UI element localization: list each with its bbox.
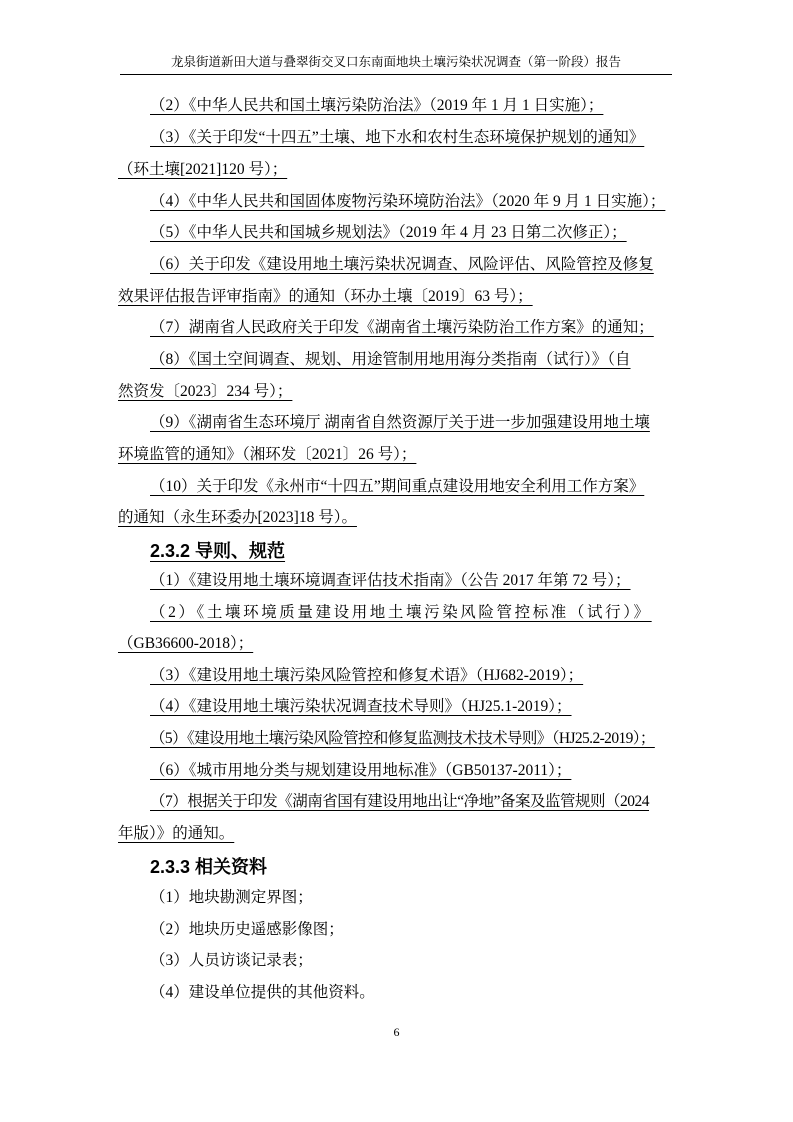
- page-number: 6: [0, 1025, 793, 1040]
- law-item-8: （8）《国土空间调查、规划、用途管制用地用海分类指南（试行）》（自: [150, 350, 631, 370]
- law-item-5: （5）《中华人民共和国城乡规划法》（2019 年 4 月 23 日第二次修正）；: [150, 223, 627, 243]
- law-item-8-cont: 然资发〔2023〕234 号）；: [118, 382, 292, 402]
- guideline-item-7-cont: 年版）》的通知。: [118, 824, 234, 844]
- guideline-item-2-cont: （GB36600-2018）；: [118, 634, 253, 654]
- guideline-item-1: （1）《建设用地土壤环境调查评估技术指南》（公告 2017 年第 72 号）；: [150, 571, 631, 591]
- law-item-7: （7）湖南省人民政府关于印发《湖南省土壤污染防治工作方案》的通知；: [150, 318, 654, 338]
- law-item-3-cont: （环土壤[2021]120 号）；: [118, 160, 287, 180]
- law-item-6-cont: 效果评估报告评审指南》的通知（环办土壤〔2019〕63 号）；: [118, 287, 533, 307]
- running-header: 龙泉街道新田大道与叠翠街交叉口东南面地块土壤污染状况调查（第一阶段）报告: [120, 52, 672, 75]
- law-item-3: （3）《关于印发“十四五”土壤、地下水和农村生态环境保护规划的通知》: [150, 128, 644, 148]
- law-item-2: （2）《中华人民共和国土壤污染防治法》（2019 年 1 月 1 日实施）；: [150, 96, 603, 116]
- material-item-4: （4）建设单位提供的其他资料。: [150, 983, 375, 1003]
- guideline-item-3: （3）《建设用地土壤污染风险管控和修复术语》（HJ682-2019）；: [150, 666, 583, 686]
- material-item-2: （2）地块历史遥感影像图；: [150, 920, 344, 940]
- law-item-6: （6）关于印发《建设用地土壤污染状况调查、风险评估、风险管控及修复: [150, 255, 654, 275]
- section-heading-232: 2.3.2 导则、规范: [150, 537, 285, 563]
- law-item-4: （4）《中华人民共和国固体废物污染环境防治法》（2020 年 9 月 1 日实施…: [150, 192, 665, 212]
- guideline-item-4: （4）《建设用地土壤污染状况调查技术导则》（HJ25.1-2019）；: [150, 697, 572, 717]
- law-item-9: （9）《湖南省生态环境厅 湖南省自然资源厅关于进一步加强建设用地土壤: [150, 413, 650, 433]
- section-heading-233: 2.3.3 相关资料: [150, 853, 267, 879]
- guideline-item-5: （5）《建设用地土壤污染风险管控和修复监测技术技术导则》（HJ25.2-2019…: [150, 729, 655, 749]
- guideline-item-7: （7）根据关于印发《湖南省国有建设用地出让“净地”备案及监管规则（2024: [150, 792, 649, 812]
- material-item-1: （1）地块勘测定界图；: [150, 888, 313, 908]
- guideline-item-6: （6）《城市用地分类与规划建设用地标准》（GB50137-2011）；: [150, 761, 571, 781]
- material-item-3: （3）人员访谈记录表；: [150, 951, 313, 971]
- law-item-10-cont: 的通知（永生环委办[2023]18 号）。: [118, 508, 357, 528]
- law-item-9-cont: 环境监管的通知》（湘环发〔2021〕26 号）；: [118, 445, 416, 465]
- guideline-item-2: （2）《土壤环境质量建设用地土壤污染风险管控标准（试行）》: [150, 603, 652, 623]
- law-item-10: （10）关于印发《永州市“十四五”期间重点建设用地安全利用工作方案》: [150, 477, 644, 497]
